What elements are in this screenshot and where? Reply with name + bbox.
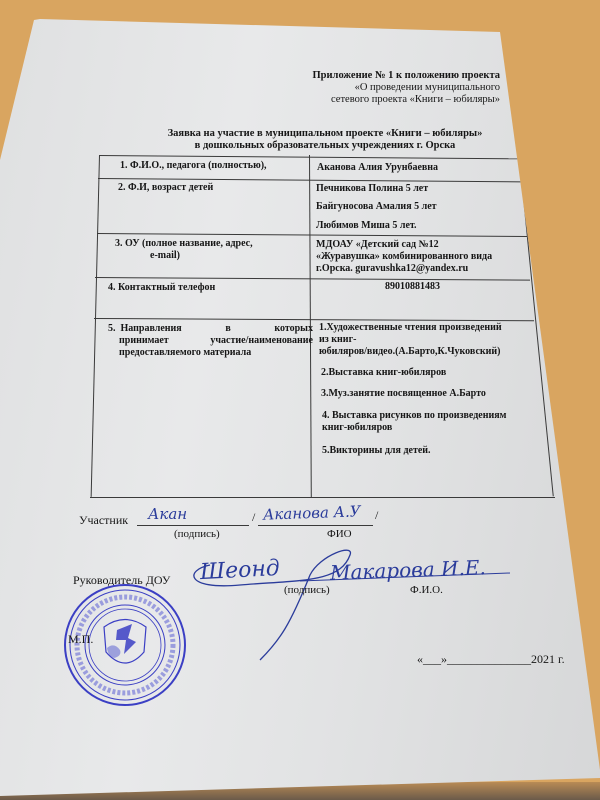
stamp-label: М.П. (68, 632, 93, 647)
participant-name-line (258, 525, 373, 526)
appendix-line: Приложение № 1 к положению проекта (300, 70, 500, 82)
row-2-value-2: Байгуносова Амалия 5 лет (316, 201, 437, 213)
participant-name-caption: ФИО (327, 528, 352, 540)
row-3-label-1: 3. ОУ (полное название, адрес, (115, 238, 253, 250)
signature-flourish (180, 545, 600, 665)
row-5-label-1: 5. Направлениявкоторых (108, 323, 313, 335)
row-5-value-3: юбиляров/видео.(А.Барто,К.Чуковский) (319, 346, 501, 358)
row-5-value-2: из книг- (319, 334, 356, 346)
document-title: Заявка на участие в муниципальном проект… (150, 128, 500, 152)
participant-label: Участник (79, 513, 128, 528)
title-line-2: в дошкольных образовательных учреждениях… (150, 140, 500, 152)
date-line: «___»______________2021 г. (417, 652, 565, 667)
row-2-label: 2. Ф.И, возраст детей (118, 182, 213, 194)
head-signature-caption: (подпись) (284, 584, 330, 596)
participant-signature-caption: (подпись) (174, 528, 220, 540)
row-4-label: 4. Контактный телефон (108, 282, 215, 294)
row-3-value-1: МДОАУ «Детский сад №12 (316, 239, 439, 251)
row-2-value-1: Печникова Полина 5 лет (316, 183, 428, 195)
participant-signature-line (137, 525, 249, 526)
row-3-value-3: г.Орска. guravushka12@yandex.ru (316, 263, 468, 275)
row-4-value: 89010881483 (385, 281, 440, 293)
project-line-1: «О проведении муниципального (300, 82, 500, 94)
head-name-caption: Ф.И.О. (410, 584, 443, 596)
document-page: Приложение № 1 к положению проекта «О пр… (0, 0, 600, 800)
row-3-label-2: e-mail) (150, 250, 180, 262)
row-5-value-6: 4. Выставка рисунков по произведениям (322, 410, 506, 422)
row-5-value-4: 2.Выставка книг-юбиляров (321, 367, 446, 379)
title-line-1: Заявка на участие в муниципальном проект… (150, 128, 500, 140)
project-line-2: сетевого проекта «Книги – юбиляры» (300, 94, 500, 106)
row-5-value-8: 5.Викторины для детей. (322, 445, 431, 457)
row-2-value-3: Любимов Миша 5 лет. (316, 220, 417, 232)
row-5-label-2: принимаетучастие/наименование (108, 335, 313, 347)
row-5-value-5: 3.Муз.занятие посвященное А.Барто (321, 388, 486, 400)
participant-handwritten-name: Аканова А.У (263, 502, 361, 523)
row-5-value-7: книг-юбиляров (322, 422, 392, 434)
row-1-label: 1. Ф.И.О., педагога (полностью), (120, 160, 267, 172)
row-5-label-3: предоставляемого материала (108, 347, 313, 359)
row-3-value-2: «Журавушка» комбинированного вида (316, 251, 492, 263)
appendix-header: Приложение № 1 к положению проекта «О пр… (300, 70, 500, 106)
participant-handwritten-signature: Акан (148, 505, 187, 523)
row-5-value-1: 1.Художественные чтения произведений (319, 322, 502, 334)
row-5-label: 5. Направлениявкоторых принимаетучастие/… (108, 323, 313, 359)
row-1-value: Аканова Алия Урунбаевна (317, 162, 438, 174)
